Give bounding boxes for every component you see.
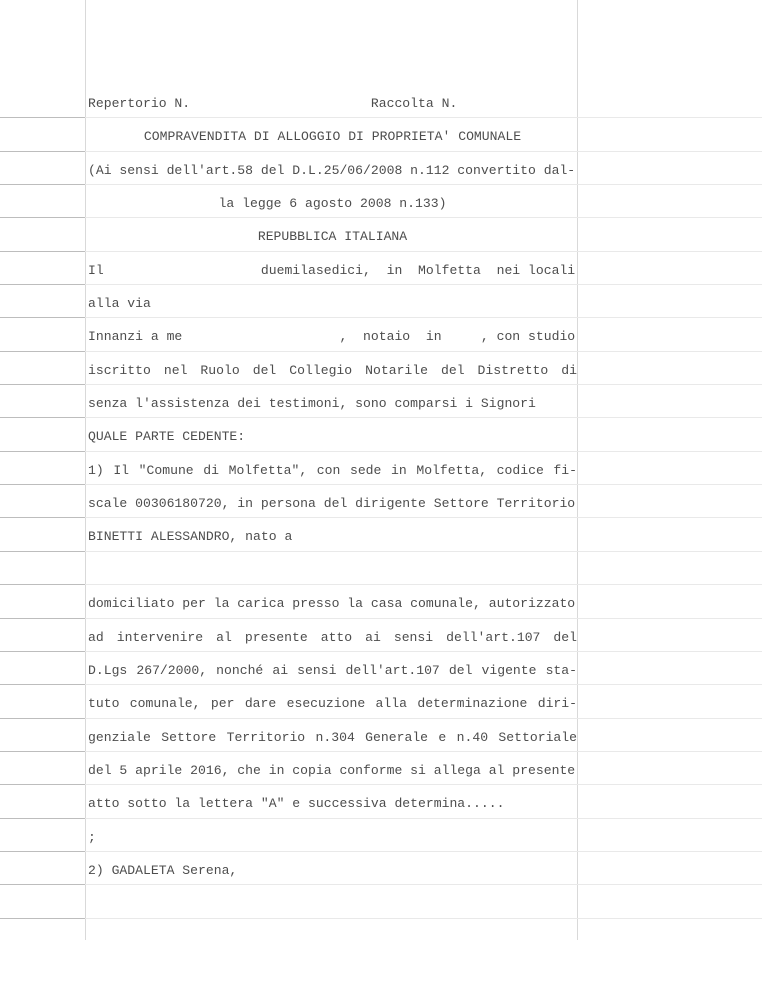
document-line-text: atto sotto la lettera "A" e successiva d… xyxy=(88,787,577,820)
document-line: alla via xyxy=(0,285,762,318)
document-line-text: tuto comunale, per dare esecuzione alla … xyxy=(88,687,577,720)
document-line: Innanzi a me , notaio in , con studio xyxy=(0,318,762,351)
document-line-text: alla via xyxy=(88,287,577,320)
document-line xyxy=(0,552,762,585)
document-line: BINETTI ALESSANDRO, nato a xyxy=(0,518,762,551)
document-line: ad intervenire al presente atto ai sensi… xyxy=(0,619,762,652)
document-line: 2) GADALETA Serena, xyxy=(0,852,762,885)
document-line: COMPRAVENDITA DI ALLOGGIO DI PROPRIETA' … xyxy=(0,118,762,151)
document-line-text: Il duemilasedici, in Molfetta nei locali xyxy=(88,254,577,287)
document-line-text: Repertorio N. Raccolta N. xyxy=(88,87,577,120)
document-line: D.Lgs 267/2000, nonché ai sensi dell'art… xyxy=(0,652,762,685)
document-line: genziale Settore Territorio n.304 Genera… xyxy=(0,719,762,752)
document-line-text: BINETTI ALESSANDRO, nato a xyxy=(88,520,577,553)
document-line xyxy=(0,885,762,918)
document-line-text: (Ai sensi dell'art.58 del D.L.25/06/2008… xyxy=(88,154,577,187)
document-line: domiciliato per la carica presso la casa… xyxy=(0,585,762,618)
document-line-text: D.Lgs 267/2000, nonché ai sensi dell'art… xyxy=(88,654,577,687)
document-line-text: iscritto nel Ruolo del Collegio Notarile… xyxy=(88,354,577,387)
document-line: atto sotto la lettera "A" e successiva d… xyxy=(0,785,762,818)
document-line-text: ; xyxy=(88,821,577,854)
document-line-text: QUALE PARTE CEDENTE: xyxy=(88,420,577,453)
document-line-text: la legge 6 agosto 2008 n.133) xyxy=(88,187,577,220)
document-line: REPUBBLICA ITALIANA xyxy=(0,218,762,251)
document-line: Repertorio N. Raccolta N. xyxy=(0,85,762,118)
document-line-text: ad intervenire al presente atto ai sensi… xyxy=(88,621,577,654)
document-line-text: Innanzi a me , notaio in , con studio xyxy=(88,320,577,353)
document-page: Repertorio N. Raccolta N.COMPRAVENDITA D… xyxy=(0,0,768,994)
document-line: QUALE PARTE CEDENTE: xyxy=(0,418,762,451)
document-line-text: COMPRAVENDITA DI ALLOGGIO DI PROPRIETA' … xyxy=(88,120,577,153)
document-line-text: 2) GADALETA Serena, xyxy=(88,854,577,887)
document-line: ; xyxy=(0,819,762,852)
document-line-text: REPUBBLICA ITALIANA xyxy=(88,220,577,253)
document-line: Il duemilasedici, in Molfetta nei locali xyxy=(0,252,762,285)
document-line: 1) Il "Comune di Molfetta", con sede in … xyxy=(0,452,762,485)
document-line: la legge 6 agosto 2008 n.133) xyxy=(0,185,762,218)
document-line-text: domiciliato per la carica presso la casa… xyxy=(88,587,577,620)
document-line-text: del 5 aprile 2016, che in copia conforme… xyxy=(88,754,577,787)
document-line: (Ai sensi dell'art.58 del D.L.25/06/2008… xyxy=(0,152,762,185)
document-line: scale 00306180720, in persona del dirige… xyxy=(0,485,762,518)
document-body: Repertorio N. Raccolta N.COMPRAVENDITA D… xyxy=(0,85,762,919)
document-line-text: senza l'assistenza dei testimoni, sono c… xyxy=(88,387,577,420)
document-line: iscritto nel Ruolo del Collegio Notarile… xyxy=(0,352,762,385)
document-line: senza l'assistenza dei testimoni, sono c… xyxy=(0,385,762,418)
document-line-text: genziale Settore Territorio n.304 Genera… xyxy=(88,721,577,754)
document-line: del 5 aprile 2016, che in copia conforme… xyxy=(0,752,762,785)
document-line-text: 1) Il "Comune di Molfetta", con sede in … xyxy=(88,454,577,487)
document-line: tuto comunale, per dare esecuzione alla … xyxy=(0,685,762,718)
document-line-text: scale 00306180720, in persona del dirige… xyxy=(88,487,577,520)
